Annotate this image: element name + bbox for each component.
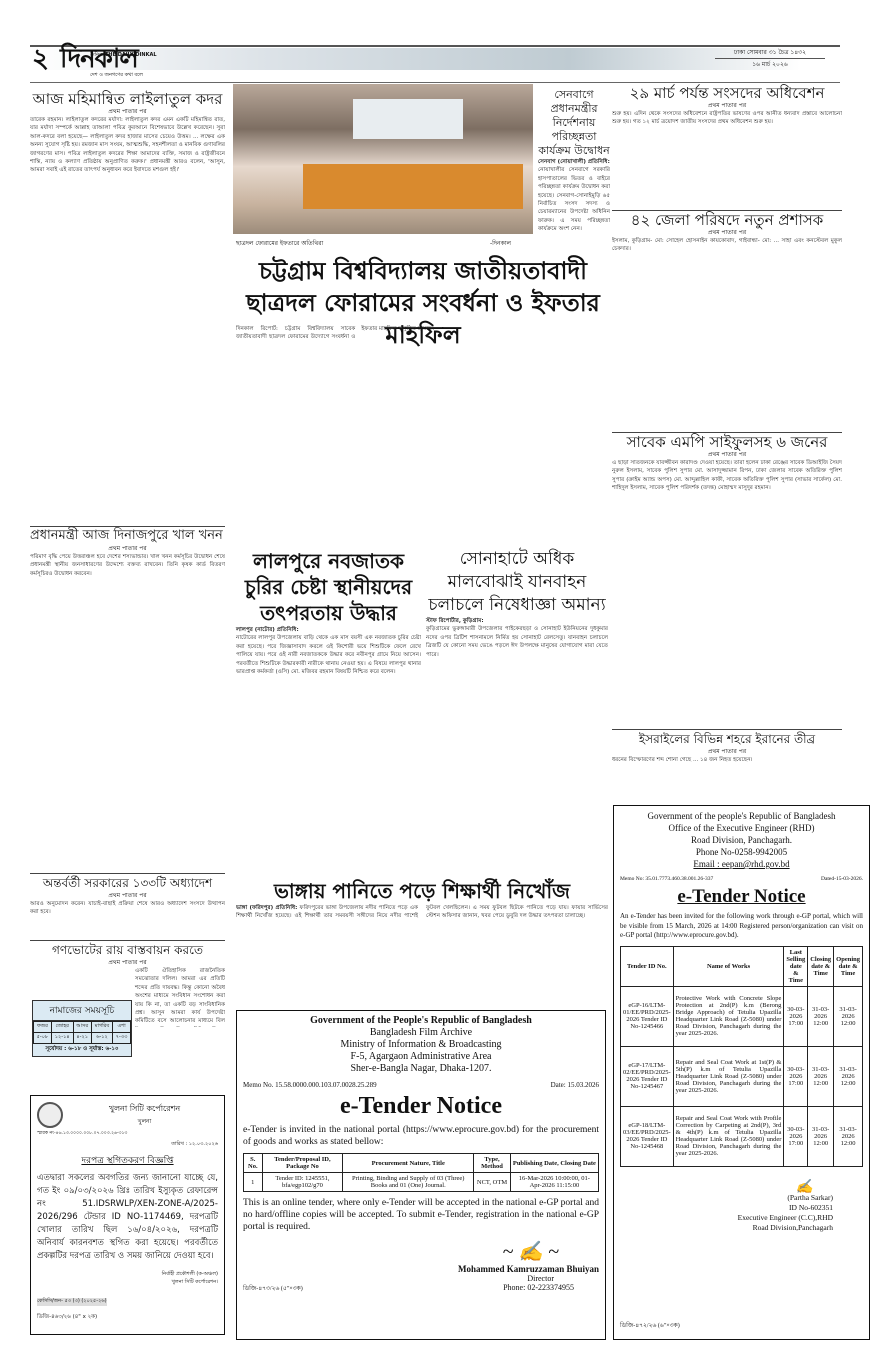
ad-dfp: ডিজি-৪৭৩/২৬ (৫"×৩ক) [243,1283,303,1294]
film-archive-tender-ad: Government of the People's Republic of B… [236,1010,606,1340]
continued-label: প্রথম পাতার পর [612,451,842,459]
table-header: Opening date & Time [834,946,863,986]
event-photo [233,84,533,234]
table-cell: 31-03-2026 12:00 [808,986,834,1046]
article-body: শুরু হয়। এদিন থেকে সংসদের অধিবেশনে রাষ্… [612,110,842,210]
prayer-time: ৭-৩৩ [113,1033,131,1044]
header-divider [30,82,840,83]
signature-icon: ✍ [620,1183,833,1193]
prayer-time: ৪-২১ [73,1033,91,1044]
article-headline: লালপুরে নবজাতক চুরির চেষ্টা স্থানীয়দের … [236,548,421,626]
table-cell: 31-03-2026 12:00 [834,1046,863,1106]
table-header: S. No. [244,1154,263,1173]
ad-note: This is an online tender, where only e-T… [243,1197,599,1233]
article-body: কুড়িগ্রামের ভুরুঙ্গামারী উপজেলার পাইকের… [426,625,608,915]
table-cell: 31-03-2026 12:00 [834,986,863,1046]
ad-body: এতদ্বারা সকলের অবগতির জন্য জানানো যাচ্ছে… [37,1172,218,1263]
senbag-article: সেনবাগে প্রধানমন্ত্রীর নির্দেশনায় পরিচ্… [538,88,610,546]
article-dateline: লালপুর (নাটোর) প্রতিনিধি: [236,626,421,634]
article-body: ভাঙ্গা (ফরিদপুর) প্রতিনিধি: ফরিদপুরের ভা… [236,904,608,999]
photo-banner [353,99,463,139]
ad-date: তারিখ : ১২.০৩.২০২৬ [37,1141,218,1149]
ad-signer-id: ID No-602351 [620,1203,833,1213]
ad-designation: Director [527,1274,599,1283]
table-cell: eGP-17/LTM-02/EE/PRD/2025-2026 Tender ID… [621,1046,674,1106]
table-header: Procurement Nature, Title [343,1154,474,1173]
continued-label: প্রথম পাতার পর [30,959,225,967]
sunrise-sunset: সূর্যোদয় : ৬-১৮ ও সূর্যাস্ত: ৬-১০ [33,1044,131,1056]
article-body: আরও অনুমোদন করেন। যাচাই-বাছাই প্রক্রিয়া… [30,900,225,940]
prayer-header: এশা [113,1022,131,1033]
article-headline: সেনবাগে প্রধানমন্ত্রীর নির্দেশনায় পরিচ্… [538,88,610,158]
table-cell: Repair and Seal Coat Work with Profile C… [673,1106,784,1166]
ad-designation: Executive Engineer (C.C),RHD [620,1213,833,1223]
page-number: ২ [32,46,49,72]
prayer-header: জোহর [51,1022,73,1033]
table-header: Tender ID No. [621,946,674,986]
photo-caption: ছাত্রদল ফোরামের ইফতারে অতিথিরা [236,238,323,249]
article-headline: প্রধানমন্ত্রী আজ দিনাজপুরে খাল খনন [30,527,225,545]
article-headline: ইসরাইলের বিভিন্ন শহরে ইরানের তীব্র [612,730,842,748]
table-cell: 30-03-2026 17:00 [784,1106,808,1166]
rhd-tender-ad: Government of the people's Republic of B… [613,805,870,1340]
continued-label: প্রথম পাতার পর [30,545,225,553]
table-header: Type, Method [474,1154,511,1173]
photo-credit: -দিনকাল [490,238,511,249]
ad-org: Bangladesh Film Archive [243,1027,599,1039]
bhanga-article: ভাঙ্গায় পানিতে পড়ে শিক্ষার্থী নিখোঁজ ভ… [236,878,608,999]
article-body: এ ছাড়া সাতজনকে যাবজ্জীবন কারাদণ্ড দেওয়… [612,459,842,729]
ad-title: দরপত্র স্থগিতকরণ বিজ্ঞপ্তি [37,1153,218,1168]
prayer-header: ফজর [34,1022,52,1033]
ad-division: Road Division, Panchagarh. [620,834,863,846]
article-headline: আজ মহিমান্বিত লাইলাতুল কদর [30,90,225,108]
article-body: তারেক রহমান। লাইলাতুল কদরের মর্যাদা: লাই… [30,116,225,526]
table-header: Closing date & Time [808,946,834,986]
ad-signer: Mohammed Kamruzzaman Bhuiyan [243,1264,599,1274]
ad-memo: স্মারক নং-৪৬.১৩.০০০০.০০৮.০৭.০০৩.২৬-৩১৩ [37,1130,218,1137]
table-cell: 31-03-2026 12:00 [808,1106,834,1166]
date-bengali: ঢাকা সোমবার ৩১ চৈত্র ১৪৩২ [715,48,825,57]
table-cell: Tender ID: 1245551, bfa/egp102/g70 [262,1173,343,1192]
tender-table: Tender ID No. Name of Works Last Selling… [620,946,863,1167]
signature-icon: ~ ✍ ~ [243,1239,599,1264]
continued-label: প্রথম পাতার পর [30,892,225,900]
table-cell: 31-03-2026 12:00 [808,1046,834,1106]
ad-address: Sher-e-Bangla Nagar, Dhaka-1207. [243,1063,599,1075]
ad-address: F-5, Agargaon Administrative Area [243,1051,599,1063]
ad-signer-org: খুলনা সিটি কর্পোরেশন। [37,1279,218,1287]
ad-division-sign: Road Division,Panchagarh [620,1223,833,1233]
signature-block: ✍ (Partha Sarkar) ID No-602351 Executive… [620,1183,863,1233]
table-cell: NCT, OTM [474,1173,511,1192]
prayer-time: ৬-১২ [91,1033,112,1044]
ad-phone: Phone: 02-223374955 [503,1283,599,1294]
ad-title: e-Tender Notice [620,886,863,908]
table-row: eGP-17/LTM-02/EE/PRD/2025-2026 Tender ID… [621,1046,863,1106]
table-cell: eGP-16/LTM-01/EE/PRD/2025-2026 Tender ID… [621,986,674,1046]
logo-english: THE DAILY DINKAL [105,52,157,58]
prayer-times-box: নামাজের সময়সূচি ফজর জোহর আসর মাগরিব এশা… [32,1000,132,1057]
continued-label: প্রথম পাতার পর [612,748,842,756]
article-body: পরিমাণ বৃদ্ধি পেয়ে উত্তরাঞ্চল হবে দেশের… [30,553,225,873]
ad-memo: Memo No: 35.01.7773.460.38.001.26-337 [620,876,713,882]
table-cell: Repair and Seal Coat Work at 1st(P) & 5t… [673,1046,784,1106]
ad-date: Dated-15-03-2026. [821,876,863,882]
article-dateline: ভাঙ্গা (ফরিদপুর) প্রতিনিধি: [236,905,297,911]
article-body: ধরনের বিস্ফোরণের শব্দ শোনা গেছে ... ১৪ জ… [612,756,842,791]
table-cell: 1 [244,1173,263,1192]
ad-org: খুলনা সিটি কর্পোরেশন [71,1103,218,1116]
table-cell: 16-Mar-2026 10:00:00, 01-Apr-2026 11:15:… [510,1173,598,1192]
prayer-time: ১২-১৪ [51,1033,73,1044]
ad-email[interactable]: Email : eepan@rhd.gov.bd [620,858,863,870]
left-column: আজ মহিমান্বিত লাইলাতুল কদর প্রথম পাতার প… [30,90,225,1027]
continued-label: প্রথম পাতার পর [612,102,842,110]
right-column: ২৯ মার্চ পর্যন্ত সংসদের অধিবেশন প্রথম পা… [612,84,842,791]
masthead-rule [30,45,840,47]
article-body: ইসলাম, কুড়িগ্রাম- মো: সোহেল হোসনাইন কায… [612,237,842,432]
continued-label: প্রথম পাতার পর [612,229,842,237]
photo-table [303,164,523,209]
ad-signer: (Partha Sarkar) [620,1193,833,1203]
article-headline: সোনাহাটে অধিক মালবোঝাই যানবাহন চলাচলে নি… [426,548,608,617]
ad-phone: Phone No-0258-9942005 [620,846,863,858]
ad-dfp: ডিজি-৪৬৩/২৬ (৪" x ২ক) [37,1314,218,1322]
ad-gov: Government of the People's Republic of B… [243,1015,599,1027]
ad-gov: Government of the people's Republic of B… [620,810,863,822]
date-box: ঢাকা সোমবার ৩১ চৈত্র ১৪৩২ ১৬ মার্চ ২০২৬ [715,48,825,69]
prayer-times-title: নামাজের সময়সূচি [33,1001,131,1021]
article-body: নোয়াখালীর সেনবাগে সরকারি হাসপাতালের ভিত… [538,166,610,546]
table-header: Tender/Proposal ID, Package No [262,1154,343,1173]
table-cell: Protective Work with Concrete Slope Prot… [673,986,784,1046]
ad-ministry: Ministry of Information & Broadcasting [243,1039,599,1051]
table-cell: Printing, Binding and Supply of 03 (Thre… [343,1173,474,1192]
prayer-header: মাগরিব [91,1022,112,1033]
khulna-tender-ad: খুলনা সিটি কর্পোরেশন খুলনা স্মারক নং-৪৬.… [30,1095,225,1335]
ad-memo: Memo No. 15.58.0000.000.103.07.0028.25.2… [243,1081,377,1089]
ad-ref: কেসিসি/জন- ৫৩ (৩) (২০২৫-২৬) [37,1298,107,1306]
table-cell: 31-03-2026 12:00 [834,1106,863,1166]
article-headline: ৪২ জেলা পরিষদে নতুন প্রশাসক [612,211,842,229]
city-corporation-logo-icon [37,1102,63,1128]
article-headline: ২৯ মার্চ পর্যন্ত সংসদের অধিবেশন [612,84,842,102]
article-headline: ভাঙ্গায় পানিতে পড়ে শিক্ষার্থী নিখোঁজ [236,878,608,904]
table-row: 1 Tender ID: 1245551, bfa/egp102/g70 Pri… [244,1173,599,1192]
prayer-header: আসর [73,1022,91,1033]
ad-city: খুলনা [71,1116,218,1127]
table-row: eGP-18/LTM-03/EE/PRD/2025-2026 Tender ID… [621,1106,863,1166]
tagline: দেশ ও জনগণের কথা বলে [90,72,143,80]
ad-intro: e-Tender is invited in the national port… [243,1124,599,1148]
logo-sub: দৈনিক [90,52,103,60]
table-cell: 30-03-2026 17:00 [784,986,808,1046]
ad-office: Office of the Executive Engineer (RHD) [620,822,863,834]
ad-dfp: ডিজি-৪৭২/২৬ (৬"×৩ক) [620,1320,680,1331]
ad-intro: An e-Tender has been invited for the fol… [620,912,863,941]
continued-label: প্রথম পাতার পর [30,108,225,116]
article-dateline: সেনবাগ (নোয়াখালী) প্রতিনিধি: [538,158,610,166]
table-header: Publishing Date, Closing Date [510,1154,598,1173]
ad-date: Date: 15.03.2026 [551,1081,599,1089]
lalpur-article: লালপুরে নবজাতক চুরির চেষ্টা স্থানীয়দের … [236,548,421,924]
table-row: eGP-16/LTM-01/EE/PRD/2025-2026 Tender ID… [621,986,863,1046]
table-header: Name of Works [673,946,784,986]
ad-title: e-Tender Notice [243,1093,599,1120]
date-english: ১৬ মার্চ ২০২৬ [715,60,825,69]
table-header: Last Selling date & Time [784,946,808,986]
article-headline: গণভোটের রায় বাস্তবায়ন করতে [30,941,225,959]
article-dateline: স্টাফ রিপোর্টার, কুড়িগ্রাম: [426,617,608,625]
table-cell: eGP-18/LTM-03/EE/PRD/2025-2026 Tender ID… [621,1106,674,1166]
tender-table: S. No. Tender/Proposal ID, Package No Pr… [243,1153,599,1192]
article-headline: অন্তর্বর্তী সরকারের ১৩৩টি অধ্যাদেশ [30,874,225,892]
article-headline: সাবেক এমপি সাইফুলসহ ৬ জনের [612,433,842,451]
sonahat-article: সোনাহাটে অধিক মালবোঝাই যানবাহন চলাচলে নি… [426,548,608,915]
table-cell: 30-03-2026 17:00 [784,1046,808,1106]
prayer-time: ৫-০৮ [34,1033,52,1044]
ad-signer: নির্বাহী প্রকৌশলী (ক-অঞ্চল) [37,1271,218,1279]
